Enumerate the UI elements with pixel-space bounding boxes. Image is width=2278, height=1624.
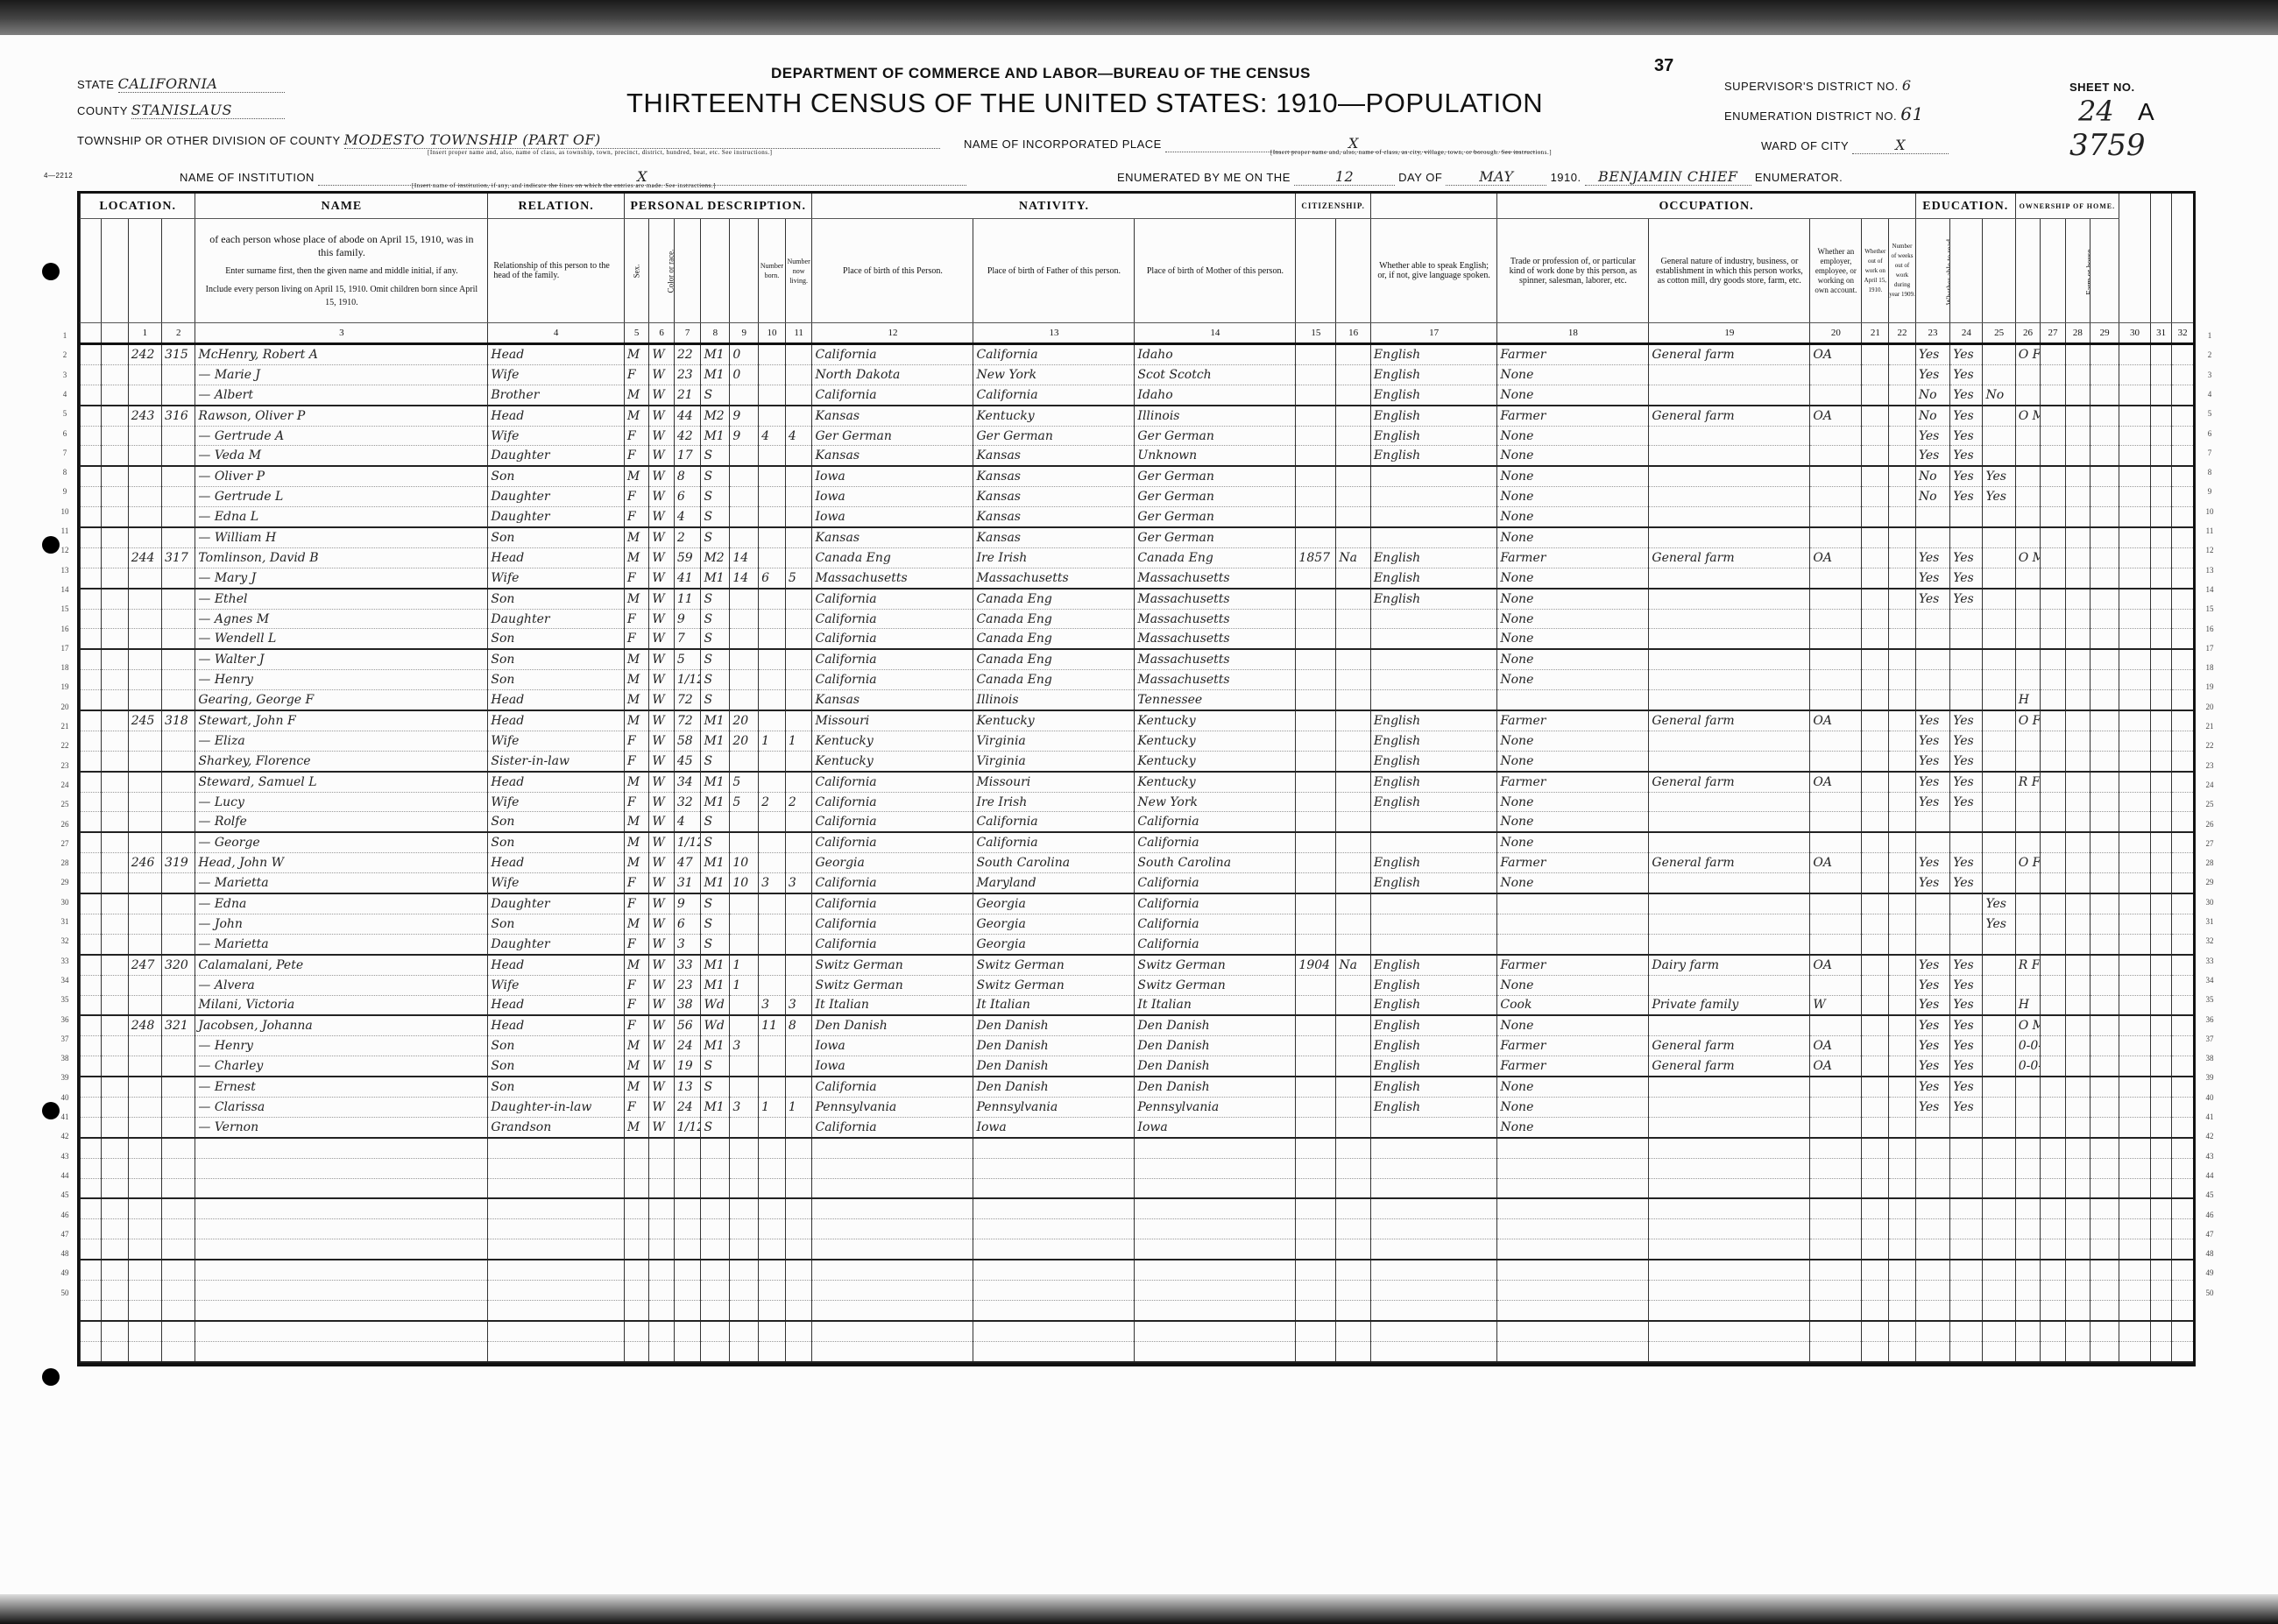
cell-own xyxy=(2015,364,2040,385)
cell-dwelling xyxy=(128,670,161,690)
cell-trade: None xyxy=(1497,446,1649,466)
cell-vet xyxy=(2119,873,2150,893)
cell-weeks xyxy=(1889,751,1916,771)
cell-emp xyxy=(1810,446,1862,466)
cell-street xyxy=(81,1117,102,1137)
header-street: Street, avenue, road, etc. xyxy=(81,219,102,323)
cell-imm xyxy=(1296,670,1336,690)
cell-family xyxy=(162,893,195,914)
cell-write: Yes xyxy=(1950,426,1983,446)
cell-race: W xyxy=(649,589,674,609)
line-number: 43 xyxy=(56,1152,74,1161)
cell-pob-father: Switz German xyxy=(973,955,1135,975)
cell-family xyxy=(162,487,195,507)
cell-pob: California xyxy=(812,893,973,914)
cell-own xyxy=(2015,527,2040,547)
cell-emp xyxy=(1810,792,1862,812)
cell-race: W xyxy=(649,364,674,385)
cell-imm xyxy=(1296,1138,1336,1158)
cell-pob-mother: Den Danish xyxy=(1135,1015,1296,1035)
cell-race: W xyxy=(649,832,674,852)
cell-nat xyxy=(1336,873,1370,893)
table-row xyxy=(81,1198,2194,1218)
cell-dwelling xyxy=(128,1178,161,1198)
cell-oow xyxy=(1862,1077,1889,1097)
cell-age: 5 xyxy=(674,649,701,669)
cell-own: O M F 240 xyxy=(2015,406,2040,426)
enumeration-district-label: Enumeration District No. xyxy=(1724,109,1897,123)
cell-living xyxy=(785,1178,812,1198)
cell-street xyxy=(81,975,102,995)
cell-pob: Kansas xyxy=(812,527,973,547)
table-row: — Mary JWifeFW41M11465MassachusettsMassa… xyxy=(81,568,2194,588)
column-number: 32 xyxy=(2172,323,2193,344)
cell-family: 320 xyxy=(162,955,195,975)
state-value: California xyxy=(118,75,285,93)
cell-own xyxy=(2015,1239,2040,1260)
table-row: — EdnaDaughterFW9SCaliforniaGeorgiaCalif… xyxy=(81,893,2194,914)
header-children-living: Number now living. xyxy=(785,219,812,323)
cell-vet xyxy=(2119,487,2150,507)
cell-blind xyxy=(2151,589,2172,609)
cell-age xyxy=(674,1239,701,1260)
cell-lang xyxy=(1370,629,1497,649)
cell-deaf xyxy=(2172,690,2193,710)
line-number: 7 xyxy=(56,448,74,457)
cell-o4 xyxy=(2091,934,2119,954)
cell-write: Yes xyxy=(1950,406,1983,426)
cell-pob-father: Illinois xyxy=(973,690,1135,710)
cell-imm xyxy=(1296,1198,1336,1218)
cell-age: 17 xyxy=(674,446,701,466)
line-number: 32 xyxy=(2201,936,2218,945)
cell-o4 xyxy=(2091,1077,2119,1097)
header-write: Whether able to write. xyxy=(1950,219,1983,323)
cell-lang xyxy=(1370,487,1497,507)
header-sex: Sex. xyxy=(624,219,648,323)
cell-lang: English xyxy=(1370,406,1497,426)
cell-pob-father xyxy=(973,1178,1135,1198)
cell-o4 xyxy=(2091,649,2119,669)
cell-street xyxy=(81,1015,102,1035)
cell-pob-father xyxy=(973,1198,1135,1218)
cell-blind xyxy=(2151,1239,2172,1260)
cell-street xyxy=(81,1138,102,1158)
cell-living xyxy=(785,1239,812,1260)
cell-nat xyxy=(1336,995,1370,1015)
cell-vet xyxy=(2119,1219,2150,1239)
cell-o3 xyxy=(2065,385,2090,405)
cell-emp xyxy=(1810,466,1862,486)
cell-family xyxy=(162,1056,195,1077)
cell-nat xyxy=(1336,690,1370,710)
cell-name: Steward, Samuel L xyxy=(195,772,488,792)
cell-street xyxy=(81,507,102,527)
cell-nat xyxy=(1336,609,1370,629)
cell-lang xyxy=(1370,1198,1497,1218)
cell-oow xyxy=(1862,792,1889,812)
cell-name: — Charley xyxy=(195,1056,488,1077)
cell-read: Yes xyxy=(1915,364,1949,385)
header-nativity: NATIVITY. xyxy=(812,194,1296,219)
cell-imm xyxy=(1296,914,1336,934)
cell-industry xyxy=(1649,1280,1810,1300)
column-number: 24 xyxy=(1950,323,1983,344)
cell-school xyxy=(1983,1260,2015,1280)
enumerated-year: 1910. xyxy=(1551,171,1581,184)
cell-lang: English xyxy=(1370,344,1497,365)
line-number: 46 xyxy=(56,1211,74,1219)
cell-relation xyxy=(488,1198,625,1218)
cell-industry xyxy=(1649,975,1810,995)
cell-marital: S xyxy=(701,589,730,609)
cell-oow xyxy=(1862,934,1889,954)
cell-street xyxy=(81,1300,102,1320)
line-number: 45 xyxy=(56,1190,74,1199)
cell-house xyxy=(102,690,129,710)
cell-age: 72 xyxy=(674,710,701,731)
cell-trade: None xyxy=(1497,1015,1649,1035)
cell-race: W xyxy=(649,975,674,995)
cell-living xyxy=(785,1219,812,1239)
cell-o3 xyxy=(2065,772,2090,792)
cell-street xyxy=(81,670,102,690)
cell-school xyxy=(1983,1300,2015,1320)
header-farm-schedule: Number of farm schedule. xyxy=(2091,219,2119,323)
cell-vet xyxy=(2119,1280,2150,1300)
cell-age: 42 xyxy=(674,426,701,446)
cell-street xyxy=(81,751,102,771)
cell-marital: M2 xyxy=(701,406,730,426)
cell-race xyxy=(649,1198,674,1218)
cell-pob-father: New York xyxy=(973,364,1135,385)
cell-age xyxy=(674,1280,701,1300)
cell-trade xyxy=(1497,1158,1649,1178)
cell-pob-mother: It Italian xyxy=(1135,995,1296,1015)
cell-house xyxy=(102,344,129,365)
cell-pob-father: California xyxy=(973,812,1135,832)
cell-name xyxy=(195,1138,488,1158)
cell-marital xyxy=(701,1341,730,1361)
cell-read xyxy=(1915,649,1949,669)
cell-vet xyxy=(2119,1015,2150,1035)
cell-lang xyxy=(1370,1178,1497,1198)
cell-pob-mother xyxy=(1135,1341,1296,1361)
cell-street xyxy=(81,893,102,914)
cell-o4 xyxy=(2091,466,2119,486)
cell-blind xyxy=(2151,568,2172,588)
cell-school xyxy=(1983,934,2015,954)
cell-weeks xyxy=(1889,1178,1916,1198)
cell-blind xyxy=(2151,344,2172,365)
cell-trade: None xyxy=(1497,873,1649,893)
cell-read: No xyxy=(1915,406,1949,426)
header-occupation: OCCUPATION. xyxy=(1497,194,1915,219)
cell-pob-mother: Den Danish xyxy=(1135,1056,1296,1077)
table-row: — ErnestSonMW13SCaliforniaDen DanishDen … xyxy=(81,1077,2194,1097)
cell-family xyxy=(162,1117,195,1137)
cell-deaf xyxy=(2172,792,2193,812)
cell-vet xyxy=(2119,568,2150,588)
cell-write: Yes xyxy=(1950,568,1983,588)
cell-street xyxy=(81,609,102,629)
cell-pob-mother: Kentucky xyxy=(1135,751,1296,771)
cell-name: McHenry, Robert A xyxy=(195,344,488,365)
cell-trade xyxy=(1497,1198,1649,1218)
cell-age: 72 xyxy=(674,690,701,710)
cell-street xyxy=(81,487,102,507)
cell-write xyxy=(1950,649,1983,669)
cell-pob-mother: Switz German xyxy=(1135,955,1296,975)
cell-pob-father: Switz German xyxy=(973,975,1135,995)
cell-write xyxy=(1950,812,1983,832)
cell-weeks xyxy=(1889,487,1916,507)
cell-industry: Dairy farm xyxy=(1649,955,1810,975)
cell-o3 xyxy=(2065,1015,2090,1035)
cell-years xyxy=(730,1280,759,1300)
cell-family: 315 xyxy=(162,344,195,365)
cell-nat xyxy=(1336,1239,1370,1260)
cell-own xyxy=(2015,568,2040,588)
cell-industry xyxy=(1649,426,1810,446)
cell-blind xyxy=(2151,710,2172,731)
cell-pob-mother: Tennessee xyxy=(1135,690,1296,710)
cell-oow xyxy=(1862,832,1889,852)
cell-living xyxy=(785,609,812,629)
cell-trade: Cook xyxy=(1497,995,1649,1015)
cell-living xyxy=(785,507,812,527)
cell-street xyxy=(81,344,102,365)
header-owned-free: Owned free or mortgaged. xyxy=(2041,219,2065,323)
cell-vet xyxy=(2119,914,2150,934)
cell-pob: California xyxy=(812,812,973,832)
cell-race: W xyxy=(649,385,674,405)
cell-pob: Missouri xyxy=(812,710,973,731)
cell-pob-father: California xyxy=(973,385,1135,405)
cell-house xyxy=(102,466,129,486)
line-number: 6 xyxy=(56,429,74,438)
cell-industry xyxy=(1649,670,1810,690)
column-number: 28 xyxy=(2065,323,2090,344)
cell-trade: Farmer xyxy=(1497,1056,1649,1077)
header-relation: RELATION. xyxy=(488,194,625,219)
cell-pob-mother: Den Danish xyxy=(1135,1036,1296,1056)
cell-o4 xyxy=(2091,731,2119,751)
cell-dwelling xyxy=(128,1239,161,1260)
cell-own xyxy=(2015,1219,2040,1239)
cell-relation: Daughter xyxy=(488,893,625,914)
cell-read: Yes xyxy=(1915,710,1949,731)
cell-read: Yes xyxy=(1915,873,1949,893)
cell-name: Sharkey, Florence xyxy=(195,751,488,771)
cell-dwelling: 242 xyxy=(128,344,161,365)
cell-marital: M2 xyxy=(701,547,730,568)
cell-blind xyxy=(2151,1341,2172,1361)
line-number: 27 xyxy=(56,839,74,848)
cell-pob-father: Georgia xyxy=(973,914,1135,934)
cell-born xyxy=(759,1321,786,1341)
cell-house xyxy=(102,914,129,934)
cell-dwelling xyxy=(128,975,161,995)
cell-years xyxy=(730,1138,759,1158)
cell-imm xyxy=(1296,1036,1336,1056)
cell-o4 xyxy=(2091,609,2119,629)
cell-oow xyxy=(1862,853,1889,873)
cell-deaf xyxy=(2172,344,2193,365)
cell-blind xyxy=(2151,914,2172,934)
cell-imm xyxy=(1296,792,1336,812)
cell-write: Yes xyxy=(1950,487,1983,507)
cell-own xyxy=(2015,873,2040,893)
cell-trade: Farmer xyxy=(1497,955,1649,975)
line-number: 26 xyxy=(2201,820,2218,829)
line-number: 33 xyxy=(2201,957,2218,965)
cell-read: Yes xyxy=(1915,1056,1949,1077)
cell-own: O M F 241 xyxy=(2015,547,2040,568)
cell-dwelling xyxy=(128,1280,161,1300)
cell-race: W xyxy=(649,792,674,812)
cell-read xyxy=(1915,1198,1949,1218)
page-number: 37 xyxy=(1654,56,1673,76)
cell-lang: English xyxy=(1370,731,1497,751)
cell-write: Yes xyxy=(1950,466,1983,486)
cell-street xyxy=(81,385,102,405)
cell-trade: None xyxy=(1497,466,1649,486)
cell-relation: Son xyxy=(488,1056,625,1077)
cell-sex xyxy=(624,1260,648,1280)
cell-born xyxy=(759,527,786,547)
cell-born: 4 xyxy=(759,426,786,446)
cell-oow xyxy=(1862,914,1889,934)
column-number xyxy=(81,323,102,344)
table-row: — HenrySonMW1/12SCaliforniaCanada EngMas… xyxy=(81,670,2194,690)
cell-trade: Farmer xyxy=(1497,772,1649,792)
cell-school xyxy=(1983,1117,2015,1137)
cell-pob-mother: Canada Eng xyxy=(1135,547,1296,568)
cell-pob-mother xyxy=(1135,1158,1296,1178)
header-pob-mother: Place of birth of Mother of this person. xyxy=(1135,219,1296,323)
cell-marital: S xyxy=(701,893,730,914)
cell-relation: Brother xyxy=(488,385,625,405)
cell-blind xyxy=(2151,873,2172,893)
cell-emp xyxy=(1810,1280,1862,1300)
cell-nat xyxy=(1336,426,1370,446)
table-row: — Edna LDaughterFW4SIowaKansasGer German… xyxy=(81,507,2194,527)
cell-street xyxy=(81,1097,102,1117)
cell-blind xyxy=(2151,547,2172,568)
cell-age: 4 xyxy=(674,812,701,832)
cell-sex: F xyxy=(624,364,648,385)
cell-sex: M xyxy=(624,649,648,669)
cell-years: 20 xyxy=(730,710,759,731)
cell-years xyxy=(730,527,759,547)
cell-pob: California xyxy=(812,934,973,954)
cell-own xyxy=(2015,1077,2040,1097)
cell-o2 xyxy=(2041,731,2065,751)
cell-age xyxy=(674,1178,701,1198)
cell-pob: California xyxy=(812,1077,973,1097)
cell-pob-father xyxy=(973,1321,1135,1341)
table-row: — CharleySonMW19SIowaDen DanishDen Danis… xyxy=(81,1056,2194,1077)
cell-write: Yes xyxy=(1950,710,1983,731)
cell-age: 8 xyxy=(674,466,701,486)
cell-pob-father: Kansas xyxy=(973,446,1135,466)
cell-street xyxy=(81,629,102,649)
cell-school xyxy=(1983,873,2015,893)
cell-years xyxy=(730,385,759,405)
cell-marital: M1 xyxy=(701,873,730,893)
cell-sex: F xyxy=(624,934,648,954)
cell-nat xyxy=(1336,751,1370,771)
cell-lang: English xyxy=(1370,751,1497,771)
cell-trade: None xyxy=(1497,487,1649,507)
cell-pob-mother: Switz German xyxy=(1135,975,1296,995)
column-number: 10 xyxy=(759,323,786,344)
cell-house xyxy=(102,507,129,527)
cell-years xyxy=(730,649,759,669)
cell-imm xyxy=(1296,406,1336,426)
cell-street xyxy=(81,466,102,486)
cell-o4 xyxy=(2091,1056,2119,1077)
cell-family xyxy=(162,1321,195,1341)
day-of-label: day of xyxy=(1398,171,1442,184)
cell-race: W xyxy=(649,426,674,446)
table-row: — ElizaWifeFW58M12011KentuckyVirginiaKen… xyxy=(81,731,2194,751)
cell-lang: English xyxy=(1370,873,1497,893)
cell-years xyxy=(730,670,759,690)
cell-pob-father: Canada Eng xyxy=(973,589,1135,609)
cell-imm xyxy=(1296,364,1336,385)
cell-living xyxy=(785,649,812,669)
cell-school xyxy=(1983,792,2015,812)
cell-living xyxy=(785,751,812,771)
cell-read xyxy=(1915,629,1949,649)
cell-living xyxy=(785,547,812,568)
cell-o2 xyxy=(2041,751,2065,771)
line-number: 25 xyxy=(56,800,74,808)
cell-pob-mother: California xyxy=(1135,893,1296,914)
cell-write: Yes xyxy=(1950,751,1983,771)
cell-race xyxy=(649,1280,674,1300)
cell-relation: Head xyxy=(488,1015,625,1035)
header-ownership: OWNERSHIP OF HOME. xyxy=(2015,194,2119,219)
line-number: 8 xyxy=(56,468,74,477)
cell-street xyxy=(81,955,102,975)
cell-house xyxy=(102,1036,129,1056)
cell-trade xyxy=(1497,914,1649,934)
cell-name: Calamalani, Pete xyxy=(195,955,488,975)
enumerated-label: Enumerated by me on the xyxy=(1117,171,1291,184)
stamp-number: 3759 xyxy=(2069,128,2146,163)
cell-family xyxy=(162,690,195,710)
cell-school xyxy=(1983,507,2015,527)
cell-house xyxy=(102,1015,129,1035)
ward-value: x xyxy=(1852,137,1949,154)
cell-age: 32 xyxy=(674,792,701,812)
cell-emp xyxy=(1810,1198,1862,1218)
cell-emp xyxy=(1810,1138,1862,1158)
cell-read: Yes xyxy=(1915,1097,1949,1117)
cell-born xyxy=(759,364,786,385)
cell-pob: Canada Eng xyxy=(812,547,973,568)
cell-years xyxy=(730,1158,759,1178)
incorporated-place-note: [Insert proper name and, also, name of c… xyxy=(1270,149,1552,156)
line-number: 50 xyxy=(2201,1289,2218,1297)
cell-sex: M xyxy=(624,466,648,486)
cell-born xyxy=(759,1219,786,1239)
cell-house xyxy=(102,649,129,669)
header-deaf: Whether deaf and dumb. xyxy=(2172,194,2193,323)
